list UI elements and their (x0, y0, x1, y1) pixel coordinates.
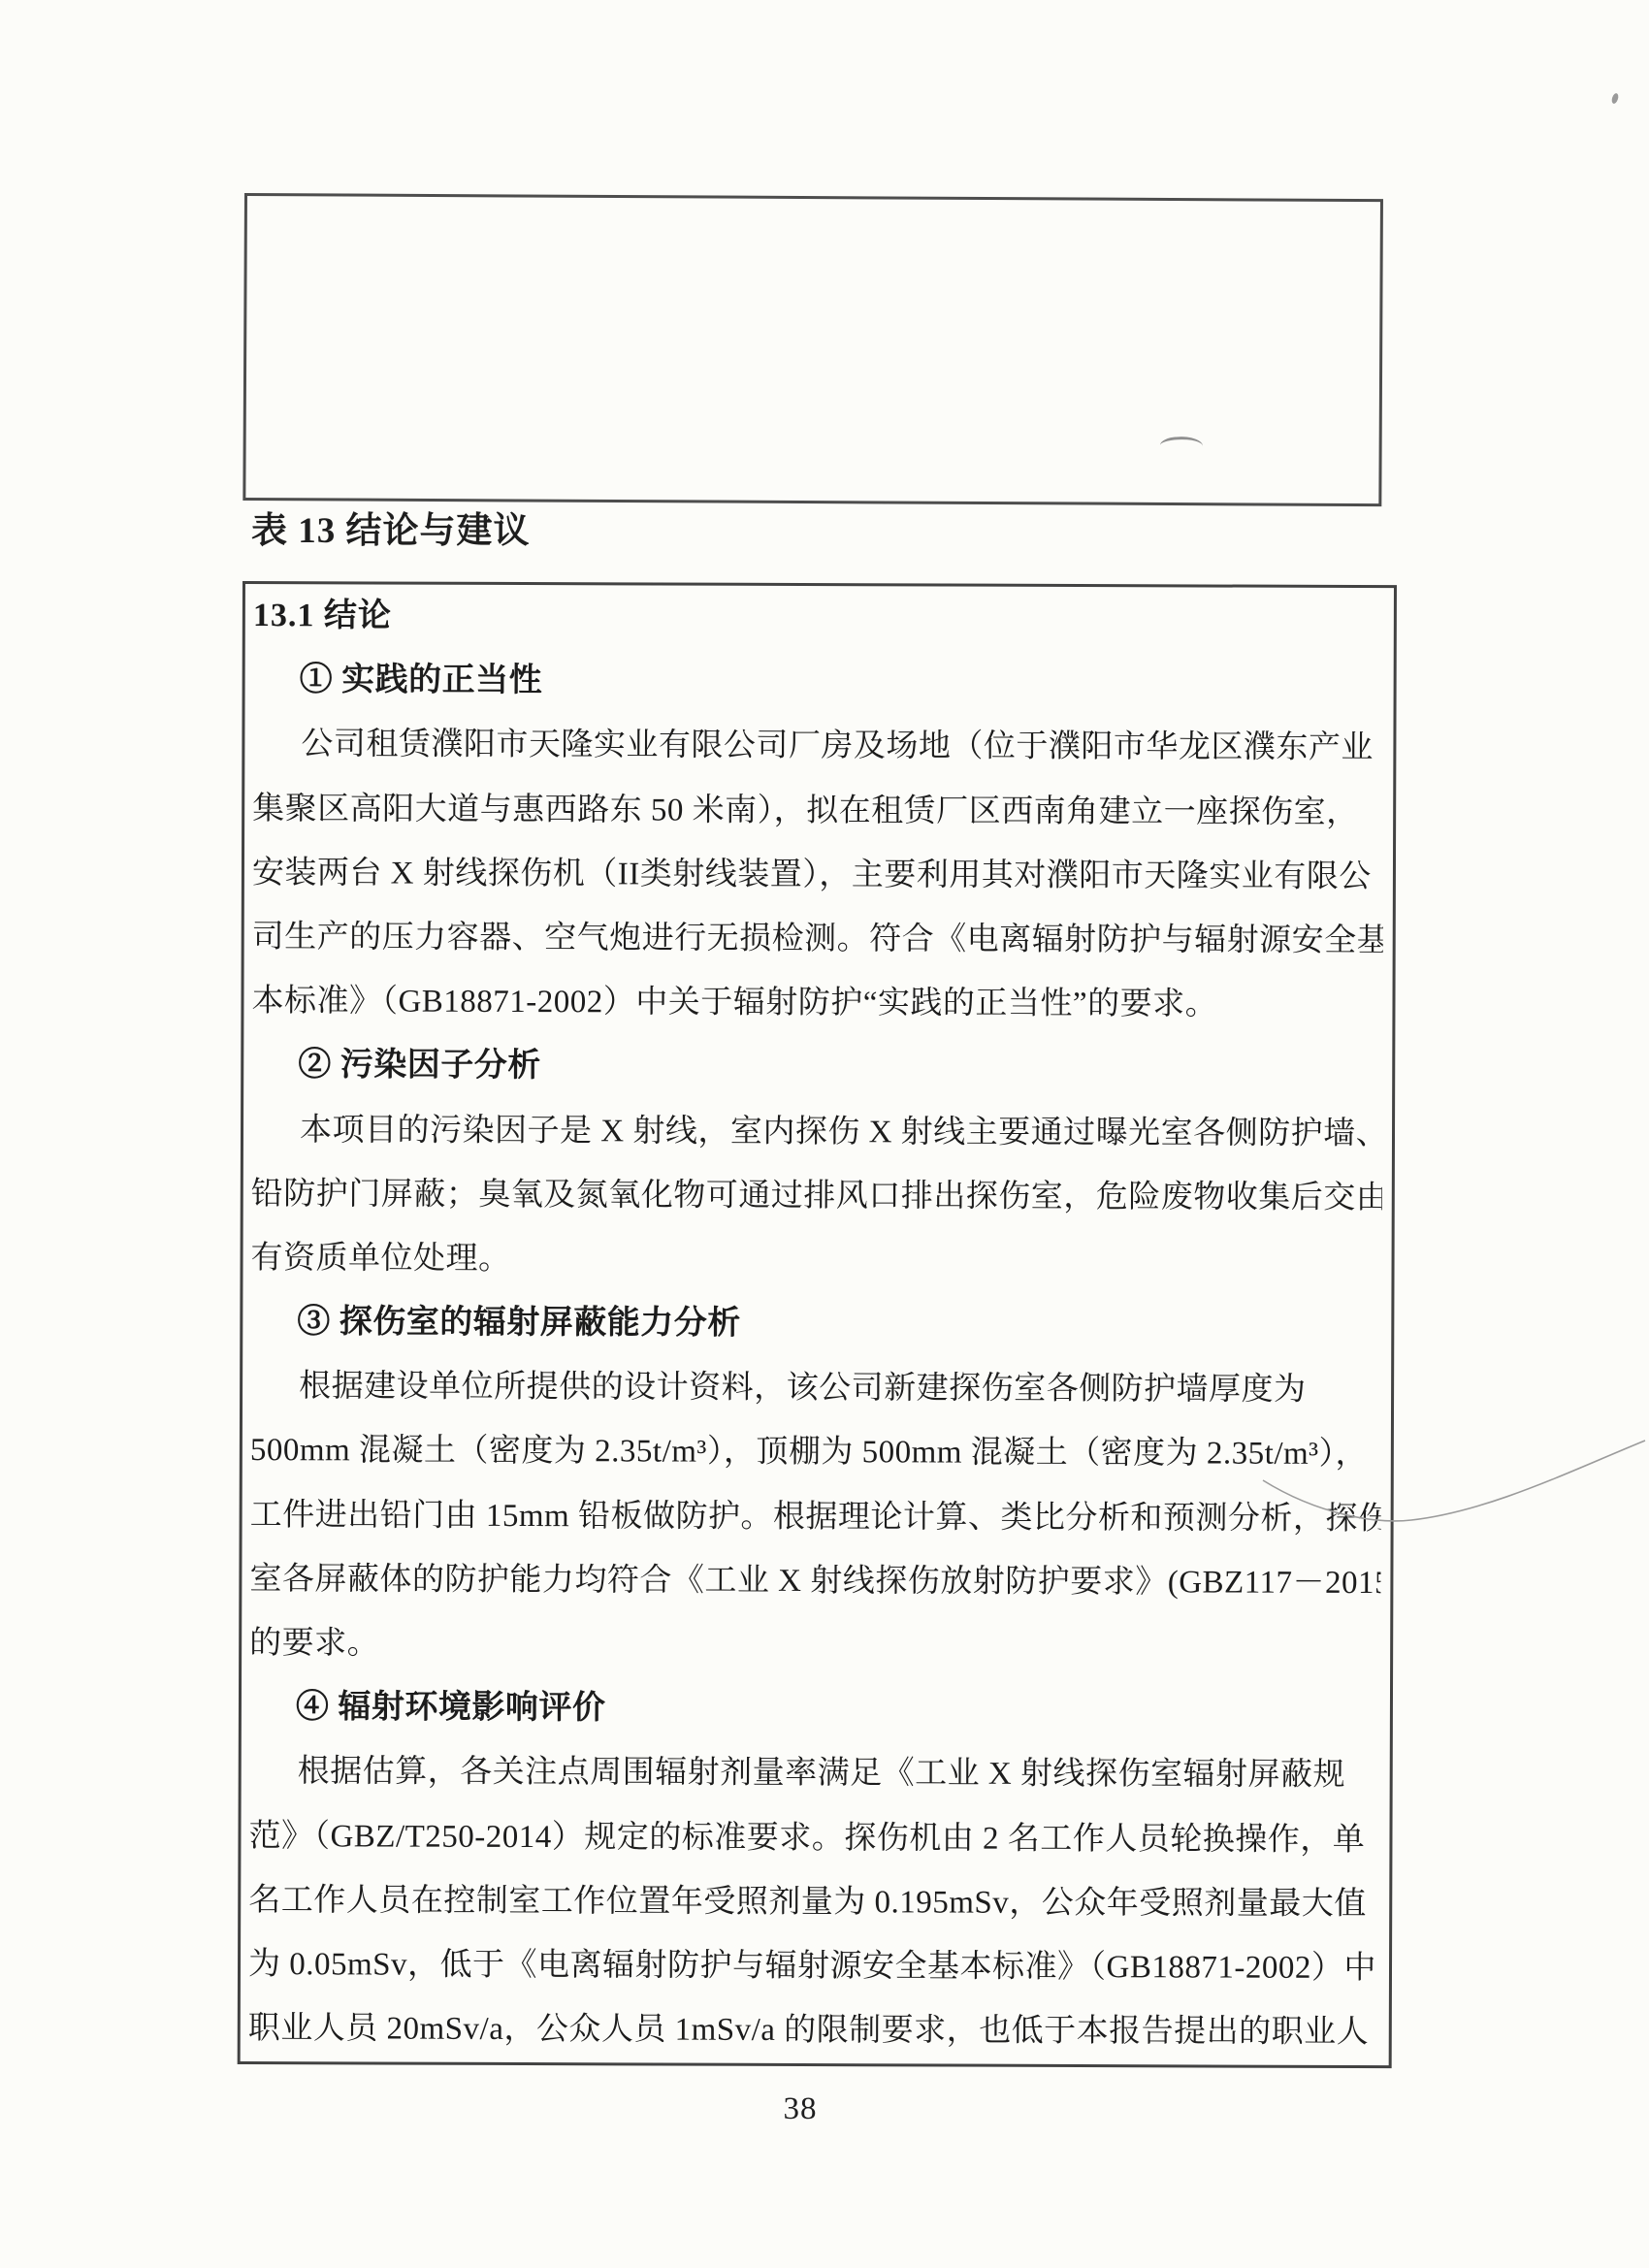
text-line: 本标准》（GB18871-2002）中关于辐射防护“实践的正当性”的要求。 (251, 969, 1382, 1037)
text-line: 安装两台 X 射线探伤机（II类射线装置），主要利用其对濮阳市天隆实业有限公 (252, 841, 1383, 909)
text-line: 名工作人员在控制室工作位置年受照剂量为 0.195mSv，公众年受照剂量最大值 (248, 1868, 1379, 1936)
page-number: 38 (606, 2091, 994, 2127)
text-line: 集聚区高阳大道与惠西路东 50 米南），拟在租赁厂区西南角建立一座探伤室， (252, 777, 1383, 845)
text-line: 范》（GBZ/T250-2014）规定的标准要求。探伤机由 2 名工作人员轮换操… (248, 1804, 1379, 1872)
text-line: 500mm 混凝土（密度为 2.35t/m³），顶棚为 500mm 混凝土（密度… (250, 1418, 1381, 1486)
text-line: 根据建设单位所提供的设计资料，该公司新建探伤室各侧防护墙厚度为 (250, 1354, 1381, 1422)
text-line: ② 污染因子分析 (251, 1033, 1382, 1101)
text-line: 铅防护门屏蔽；臭氧及氮氧化物可通过排风口排出探伤室，危险废物收集后交由 (251, 1162, 1382, 1230)
text-line: 工件进出铅门由 15mm 铅板做防护。根据理论计算、类比分析和预测分析，探伤 (250, 1483, 1381, 1551)
text-line: 职业人员 20mSv/a，公众人员 1mSv/a 的限制要求，也低于本报告提出的… (248, 1996, 1379, 2064)
text-line: ① 实践的正当性 (253, 648, 1384, 716)
text-line: 根据估算，各关注点周围辐射剂量率满足《工业 X 射线探伤室辐射屏蔽规 (249, 1739, 1380, 1807)
text-line: 本项目的污染因子是 X 射线，室内探伤 X 射线主要通过曝光室各侧防护墙、 (251, 1098, 1382, 1166)
conclusion-box: 13.1 结论① 实践的正当性公司租赁濮阳市天隆实业有限公司厂房及场地（位于濮阳… (238, 581, 1397, 2068)
empty-figure-box (242, 193, 1383, 506)
conclusion-lines: 13.1 结论① 实践的正当性公司租赁濮阳市天隆实业有限公司厂房及场地（位于濮阳… (248, 584, 1384, 2064)
scan-artifact-speck (1610, 92, 1619, 104)
text-line: 为 0.05mSv，低于《电离辐射防护与辐射源安全基本标准》（GB18871-2… (248, 1932, 1379, 2000)
text-line: 司生产的压力容器、空气炮进行无损检测。符合《电离辐射防护与辐射源安全基 (252, 905, 1383, 973)
text-line: ④ 辐射环境影响评价 (249, 1675, 1380, 1743)
text-line: 公司租赁濮阳市天隆实业有限公司厂房及场地（位于濮阳市华龙区濮东产业 (252, 712, 1383, 780)
text-line: 13.1 结论 (253, 584, 1384, 652)
text-line: ③ 探伤室的辐射屏蔽能力分析 (250, 1290, 1381, 1358)
text-line: 室各屏蔽体的防护能力均符合《工业 X 射线探伤放射防护要求》(GBZ117－20… (249, 1547, 1380, 1615)
text-line: 有资质单位处理。 (250, 1226, 1381, 1294)
document-page: 表 13 结论与建议 13.1 结论① 实践的正当性公司租赁濮阳市天隆实业有限公… (0, 0, 1649, 2268)
text-line: 的要求。 (249, 1611, 1380, 1679)
table-caption: 表 13 结论与建议 (251, 506, 531, 557)
